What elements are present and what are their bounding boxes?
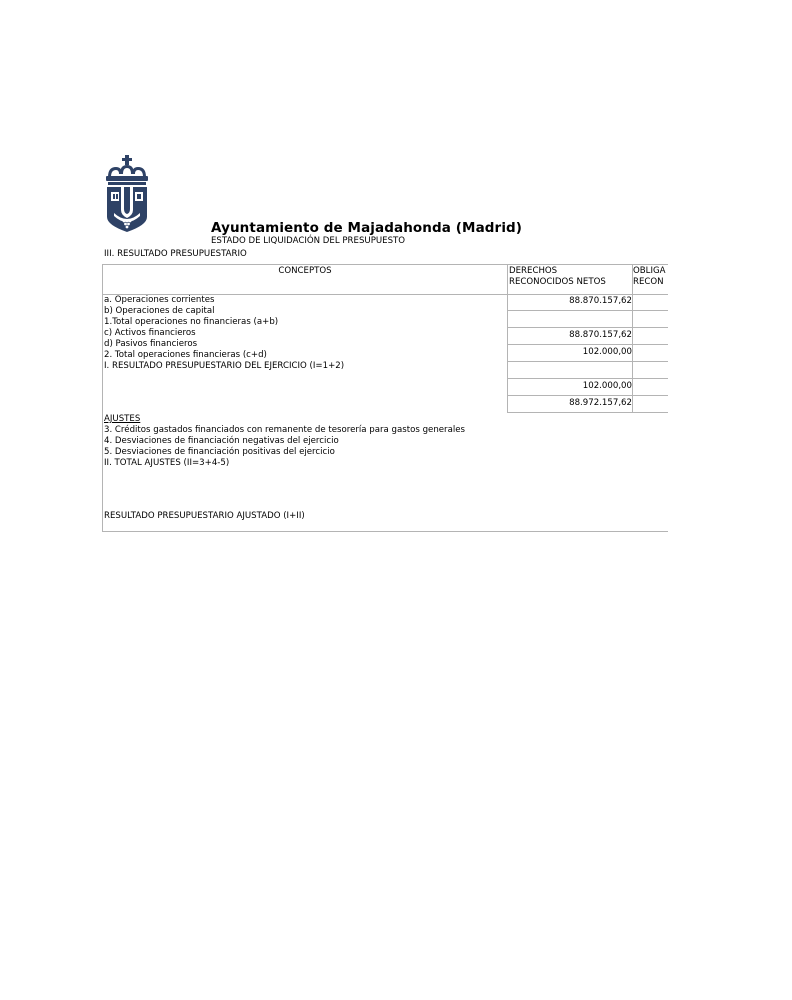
row-value-derechos: 102.000,00: [508, 381, 632, 392]
row-divider: [507, 361, 668, 362]
row-label: c) Activos financieros: [104, 328, 196, 339]
resultado-ajustado: RESULTADO PRESUPUESTARIO AJUSTADO (I+II): [104, 511, 305, 522]
ajustes-total: II. TOTAL AJUSTES (II=3+4-5): [104, 458, 229, 469]
ajustes-heading: AJUSTES: [104, 414, 140, 425]
row-value-derechos: 102.000,00: [508, 347, 632, 358]
column-header-derechos-line1: DERECHOS: [509, 266, 606, 277]
column-header-obligaciones: OBLIGA RECON: [633, 266, 668, 288]
ajustes-item: 3. Créditos gastados financiados con rem…: [104, 425, 465, 436]
column-header-conceptos: CONCEPTOS: [103, 266, 507, 276]
ajustes-item: 4. Desviaciones de financiación negativa…: [104, 436, 339, 447]
row-value-derechos: 88.870.157,62: [508, 330, 632, 341]
column-header-derechos: DERECHOS RECONOCIDOS NETOS: [509, 266, 606, 288]
row-label: a. Operaciones corrientes: [104, 295, 215, 306]
row-divider: [507, 378, 668, 379]
coat-of-arms-icon: [104, 155, 150, 233]
page-title: Ayuntamiento de Majadahonda (Madrid): [211, 220, 522, 236]
row-value-derechos: 88.870.157,62: [508, 296, 632, 307]
section-title: III. RESULTADO PRESUPUESTARIO: [104, 249, 247, 259]
row-label: I. RESULTADO PRESUPUESTARIO DEL EJERCICI…: [104, 361, 344, 372]
column-header-obligaciones-line1: OBLIGA: [633, 266, 668, 277]
row-value-derechos: 88.972.157,62: [508, 398, 632, 409]
table-border-left: [102, 264, 103, 531]
row-divider: [507, 344, 668, 345]
column-header-obligaciones-line2: RECON: [633, 277, 668, 288]
row-label: b) Operaciones de capital: [104, 306, 215, 317]
row-label: d) Pasivos financieros: [104, 339, 197, 350]
ajustes-item: 5. Desviaciones de financiación positiva…: [104, 447, 335, 458]
row-divider: [507, 327, 668, 328]
row-divider: [507, 395, 668, 396]
table-border-top: [102, 264, 668, 265]
row-label: 2. Total operaciones financieras (c+d): [104, 350, 267, 361]
table-border-bottom: [102, 531, 668, 532]
page-subtitle: ESTADO DE LIQUIDACIÓN DEL PRESUPUESTO: [211, 236, 405, 246]
row-divider: [507, 310, 668, 311]
column-header-derechos-line2: RECONOCIDOS NETOS: [509, 277, 606, 288]
row-label: 1.Total operaciones no financieras (a+b): [104, 317, 278, 328]
row-divider: [507, 412, 668, 413]
